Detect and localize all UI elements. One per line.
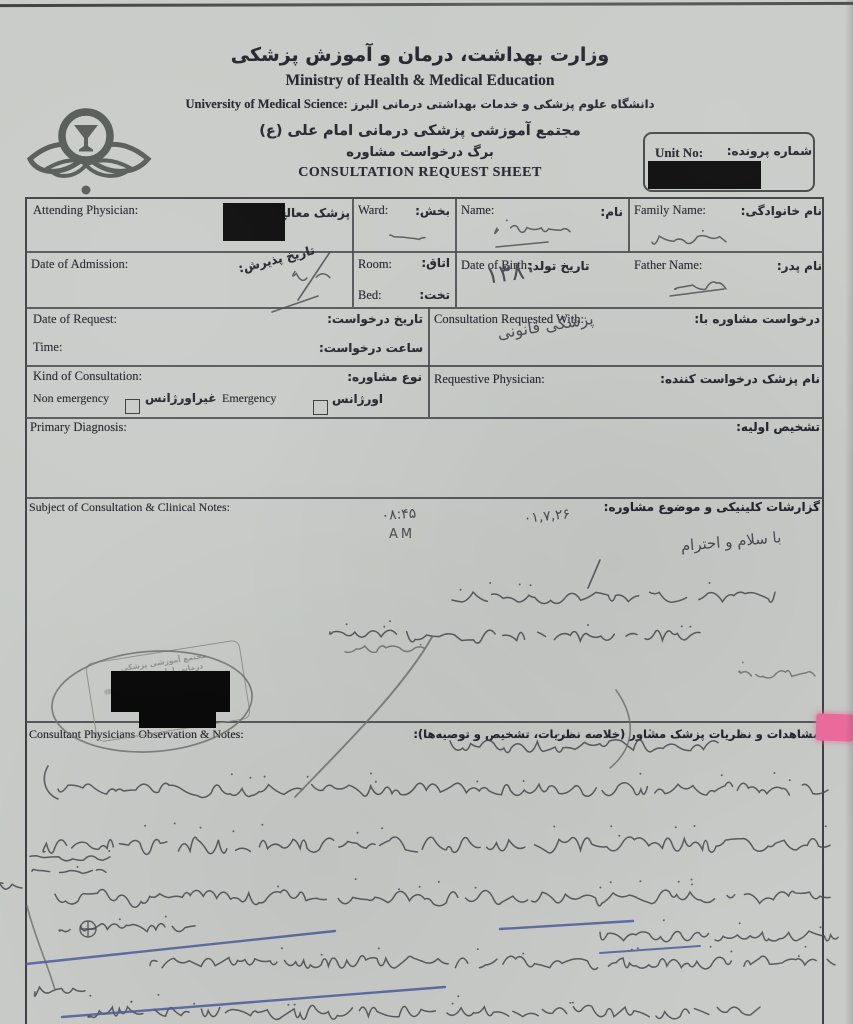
medical-complex-title: مجتمع آموزشی پزشکی درمانی امام علی (ع) <box>120 123 720 139</box>
redaction-stamp-lower <box>139 711 216 728</box>
kind-of-consultation-label-en: Kind of Consultation: <box>33 369 142 384</box>
subject-of-consultation-label-en: Subject of Consultation & Clinical Notes… <box>29 500 230 515</box>
room-label-en: Room: <box>358 257 392 272</box>
scanned-consultation-request-sheet: وزارت بهداشت، درمان و آموزش پزشکی Minist… <box>0 0 853 1024</box>
ministry-title-fa: وزارت بهداشت، درمان و آموزش پزشکی <box>120 44 720 66</box>
grid-line <box>25 417 824 419</box>
ministry-title-en: Ministry of Health & Medical Education <box>120 72 720 90</box>
grid-line <box>455 198 457 307</box>
primary-diagnosis-label-fa: تشخیص اولیه: <box>736 420 820 434</box>
grid-line <box>25 497 824 499</box>
grid-line <box>628 198 630 252</box>
non-emergency-checkbox <box>125 399 140 414</box>
scan-edge-line <box>0 2 853 7</box>
time-label-en: Time: <box>33 340 62 355</box>
emergency-label-fa: اورژانس <box>332 392 383 406</box>
scan-shading <box>845 0 853 1024</box>
non-emergency-label-fa: غیراورژانس <box>145 391 217 405</box>
name-label-fa: نام: <box>600 205 623 219</box>
bed-label-fa: تخت: <box>419 288 450 302</box>
grid-line <box>25 251 824 253</box>
ward-label-fa: بخش: <box>415 204 450 218</box>
ward-label-en: Ward: <box>358 203 388 218</box>
university-label-fa: دانشگاه علوم پزشکی و خدمات بهداشتی درمان… <box>352 97 655 111</box>
consultation-requested-with-label-fa: درخواست مشاوره با: <box>694 312 820 326</box>
subject-of-consultation-label-fa: گزارشات کلینیکی و موضوع مشاوره: <box>604 500 820 514</box>
grid-line <box>352 198 354 307</box>
unit-no-label-fa: شماره پرونده: <box>727 144 812 158</box>
kind-of-consultation-label-fa: نوع مشاوره: <box>347 370 422 384</box>
father-name-label-en: Father Name: <box>634 258 702 273</box>
father-name-label-fa: نام پدر: <box>777 259 822 273</box>
family-name-label-fa: نام خانوادگی: <box>741 204 822 218</box>
date-of-request-label-fa: تاریخ درخواست: <box>327 312 423 326</box>
emergency-label-en: Emergency <box>222 391 276 406</box>
redaction-stamp-upper <box>111 671 230 712</box>
non-emergency-label-en: Non emergency <box>33 391 109 406</box>
handwritten-ampm: AM <box>389 527 415 542</box>
university-line: University of Medical Science: دانشگاه ع… <box>120 95 720 113</box>
attending-physician-label-fa: پزشک معالج <box>278 206 350 220</box>
date-of-admission-label-en: Date of Admission: <box>31 257 128 272</box>
room-label-fa: اتاق: <box>421 256 450 270</box>
sheet-title-fa: برگ درخواست مشاوره <box>120 145 720 160</box>
redaction-unit-number <box>648 161 761 189</box>
family-name-label-en: Family Name: <box>634 203 706 218</box>
unit-no-label-en: Unit No: <box>655 145 703 161</box>
university-label-en: University of Medical Science: <box>186 97 348 111</box>
grid-line <box>428 307 430 417</box>
grid-line <box>25 365 824 367</box>
requestive-physician-label-fa: نام پزشک درخواست کننده: <box>660 372 820 386</box>
requestive-physician-label-en: Requestive Physician: <box>434 372 545 387</box>
time-label-fa: ساعت درخواست: <box>319 341 423 355</box>
handwritten-time: ۰۸:۴۵ <box>381 506 417 524</box>
date-of-request-label-en: Date of Request: <box>33 312 117 327</box>
redaction-attending-physician <box>223 203 285 241</box>
sheet-title-en: CONSULTATION REQUEST SHEET <box>120 165 720 181</box>
consultant-notes-label-fa: مشاهدات و نظریات پزشک مشاور (خلاصه نظریا… <box>413 727 820 741</box>
university-logo <box>24 104 154 199</box>
emergency-checkbox <box>313 400 328 415</box>
name-label-en: Name: <box>461 203 494 218</box>
grid-line <box>25 307 824 309</box>
attending-physician-label-en: Attending Physician: <box>33 203 138 218</box>
bed-label-en: Bed: <box>358 288 382 303</box>
primary-diagnosis-label-en: Primary Diagnosis: <box>30 420 127 435</box>
form-header: وزارت بهداشت، درمان و آموزش پزشکی Minist… <box>120 44 720 181</box>
